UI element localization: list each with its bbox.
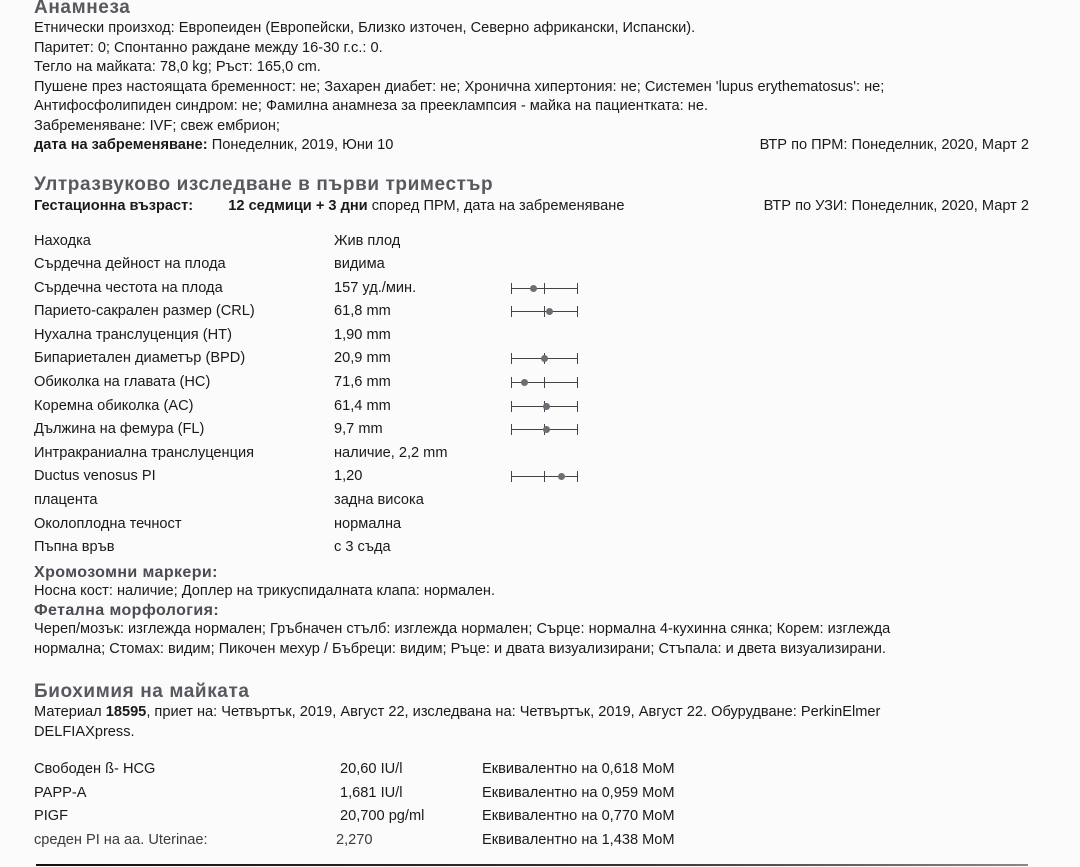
- analyte-value: 1,681 IU/l: [340, 782, 402, 806]
- fetal-morphology-line-2: нормална; Стомах: видим; Пикочен мехур /…: [34, 640, 1029, 660]
- material-details: , приет на: Четвъртък, 2019, Август 22, …: [146, 704, 880, 720]
- anamnesis-family-history: Антифосфолипиден синдром: не; Фамилна ан…: [34, 97, 1029, 117]
- gestational-age-row: Гестационна възраст: 12 седмици + 3 дни …: [34, 197, 1029, 217]
- measurement-value: 9,7 mm: [334, 418, 383, 442]
- measurement-label: Бипариетален диаметър (BPD): [34, 347, 245, 371]
- measurement-label: Сърдечна честота на плода: [34, 277, 223, 301]
- conception-date-value: Понеделник, 2019, Юни 10: [212, 137, 394, 153]
- measurement-row: Нухална транслуценция (НТ)1,90 mm: [34, 324, 1029, 348]
- reference-range-indicator: [511, 401, 578, 412]
- biochemistry-row: PIGF20,700 pg/mlЕквивалентно на 0,770 Mo…: [34, 805, 1029, 829]
- measurement-row: Дължина на фемура (FL)9,7 mm: [34, 418, 1029, 442]
- measurement-value: 157 уд./мин.: [334, 277, 416, 301]
- anamnesis-parity: Паритет: 0; Спонтанно раждане между 16-3…: [34, 39, 1029, 59]
- measurement-label: Дължина на фемура (FL): [34, 418, 204, 442]
- measurement-value: 61,8 mm: [334, 300, 391, 324]
- measurement-value: 1,90 mm: [334, 324, 391, 348]
- anamnesis-risk-factors: Пушене през настоящата бременност: не; З…: [34, 78, 1029, 98]
- range-value-dot: [546, 308, 553, 315]
- measurement-label: Пъпна връв: [34, 536, 115, 560]
- conception-date: дата на забременяване: Понеделник, 2019,…: [34, 136, 393, 156]
- chromosomal-markers-text: Носна кост: наличие; Доплер на трикуспид…: [34, 582, 1029, 602]
- range-min-tick: [511, 471, 512, 482]
- anamnesis-section: Анамнеза Етнически произход: Европеиден …: [34, 0, 1029, 156]
- measurement-value: Жив плод: [334, 230, 400, 254]
- measurement-value: 61,4 mm: [334, 395, 391, 419]
- conception-date-row: дата на забременяване: Понеделник, 2019,…: [34, 136, 1029, 156]
- measurement-row: плацентазадна висока: [34, 489, 1029, 513]
- range-min-tick: [511, 401, 512, 412]
- analyte-value: 20,60 IU/l: [340, 758, 402, 782]
- anamnesis-conception-method: Забременяване: IVF; свеж ембрион;: [34, 117, 1029, 137]
- range-min-tick: [511, 306, 512, 317]
- biochemistry-section: Биохимия на майката Материал 18595, прие…: [34, 681, 1029, 852]
- range-min-tick: [511, 377, 512, 388]
- analyte-mom: Еквивалентно на 0,959 MoM: [482, 782, 675, 806]
- analyte-name: PAPP-A: [34, 782, 86, 806]
- range-value-dot: [543, 426, 550, 433]
- measurement-row: Пъпна връвс 3 съда: [34, 536, 1029, 560]
- gestational-age-basis: според ПРМ, дата на забременяване: [368, 198, 625, 214]
- measurement-row: Сърдечна честота на плода157 уд./мин.: [34, 277, 1029, 301]
- reference-range-indicator: [511, 424, 578, 435]
- range-max-tick: [577, 471, 578, 482]
- measurement-label: Околоплодна течност: [34, 513, 182, 537]
- measurement-value: задна висока: [334, 489, 424, 513]
- range-min-tick: [511, 283, 512, 294]
- analyte-mom: Еквивалентно на 1,438 MoM: [482, 829, 675, 853]
- reference-range-indicator: [511, 353, 578, 364]
- measurement-row: Сърдечна дейност на плодавидима: [34, 253, 1029, 277]
- material-id: 18595: [106, 704, 147, 720]
- range-median-tick: [544, 471, 545, 482]
- measurement-row: Бипариетален диаметър (BPD)20,9 mm: [34, 347, 1029, 371]
- range-min-tick: [511, 424, 512, 435]
- gestational-age-value: 12 седмици + 3 дни: [228, 198, 367, 214]
- measurement-value: 20,9 mm: [334, 347, 391, 371]
- measurement-row: Коремна обиколка (AC)61,4 mm: [34, 395, 1029, 419]
- range-median-tick: [544, 377, 545, 388]
- chromosomal-markers-title: Хромозомни маркери:: [34, 563, 1029, 582]
- range-max-tick: [577, 424, 578, 435]
- range-median-tick: [544, 306, 545, 317]
- anamnesis-ethnicity: Етнически произход: Европеиден (Европейс…: [34, 19, 1029, 39]
- analyte-value: 2,270: [336, 829, 373, 853]
- ultrasound-title: Ултразвуково изследване в първи триместъ…: [34, 174, 1029, 196]
- reference-range-indicator: [511, 377, 578, 388]
- range-max-tick: [577, 353, 578, 364]
- biochemistry-row: среден PI на аа. Uterinae:2,270Еквивален…: [34, 829, 1029, 853]
- range-value-dot: [521, 379, 528, 386]
- range-value-dot: [530, 285, 537, 292]
- measurement-label: Нухална транслуценция (НТ): [34, 324, 232, 348]
- measurement-label: плацента: [34, 489, 98, 513]
- range-min-tick: [511, 353, 512, 364]
- analyte-name: PIGF: [34, 805, 68, 829]
- reference-range-indicator: [511, 306, 578, 317]
- measurement-value: с 3 съда: [334, 536, 391, 560]
- gestational-age-label: Гестационна възраст:: [34, 198, 193, 214]
- analyte-name: среден PI на аа. Uterinae:: [34, 829, 208, 853]
- measurement-label: Интракраниална транслуценция: [34, 442, 254, 466]
- measurement-label: Находка: [34, 230, 91, 254]
- material-line: Материал 18595, приет на: Четвъртък, 201…: [34, 703, 1029, 723]
- measurement-label: Коремна обиколка (AC): [34, 395, 193, 419]
- measurement-row: НаходкаЖив плод: [34, 230, 1029, 254]
- range-value-dot: [541, 355, 548, 362]
- measurement-value: 1,20: [334, 465, 362, 489]
- biochemistry-title: Биохимия на майката: [34, 681, 1029, 703]
- conception-date-label: дата на забременяване:: [34, 137, 208, 153]
- analyte-mom: Еквивалентно на 0,618 MoM: [482, 758, 675, 782]
- analyte-name: Свободен ß- HCG: [34, 758, 155, 782]
- measurement-row: Обиколка на главата (HC)71,6 mm: [34, 371, 1029, 395]
- measurement-row: Интракраниална транслуценцияналичие, 2,2…: [34, 442, 1029, 466]
- biochemistry-table: Свободен ß- HCG20,60 IU/lЕквивалентно на…: [34, 758, 1029, 852]
- measurement-value: наличие, 2,2 mm: [334, 442, 447, 466]
- range-max-tick: [577, 306, 578, 317]
- measurement-value: нормална: [334, 513, 401, 537]
- anamnesis-title: Анамнеза: [34, 0, 1029, 19]
- analyte-value: 20,700 pg/ml: [340, 805, 424, 829]
- measurements-table: НаходкаЖив плодСърдечна дейност на плода…: [34, 230, 1029, 560]
- range-max-tick: [577, 283, 578, 294]
- range-value-dot: [558, 473, 565, 480]
- fetal-morphology-title: Фетална морфология:: [34, 601, 1029, 620]
- measurement-row: Парието-сакрален размер (CRL)61,8 mm: [34, 300, 1029, 324]
- fetal-morphology-line-1: Череп/мозък: изглежда нормален; Гръбначе…: [34, 620, 1029, 640]
- reference-range-indicator: [511, 283, 578, 294]
- measurement-row: Околоплодна течностнормална: [34, 513, 1029, 537]
- edd-by-ultrasound: ВТР по УЗИ: Понеделник, 2020, Март 2: [764, 197, 1029, 217]
- edd-by-lmp: ВТР по ПРМ: Понеделник, 2020, Март 2: [760, 136, 1029, 156]
- range-max-tick: [577, 401, 578, 412]
- measurement-label: Парието-сакрален размер (CRL): [34, 300, 255, 324]
- measurement-label: Ductus venosus PI: [34, 465, 156, 489]
- measurement-value: видима: [334, 253, 385, 277]
- range-median-tick: [544, 283, 545, 294]
- measurement-label: Сърдечна дейност на плода: [34, 253, 226, 277]
- reference-range-indicator: [511, 471, 578, 482]
- biochemistry-row: PAPP-A1,681 IU/lЕквивалентно на 0,959 Mo…: [34, 782, 1029, 806]
- ultrasound-section: Ултразвуково изследване в първи триместъ…: [34, 174, 1029, 659]
- bottom-divider: [36, 864, 1028, 866]
- analyte-mom: Еквивалентно на 0,770 MoM: [482, 805, 675, 829]
- anamnesis-weight-height: Тегло на майката: 78,0 kg; Ръст: 165,0 c…: [34, 58, 1029, 78]
- biochemistry-row: Свободен ß- HCG20,60 IU/lЕквивалентно на…: [34, 758, 1029, 782]
- range-value-dot: [543, 403, 550, 410]
- gestational-age: Гестационна възраст: 12 седмици + 3 дни …: [34, 197, 624, 217]
- measurement-value: 71,6 mm: [334, 371, 391, 395]
- measurement-row: Ductus venosus PI1,20: [34, 465, 1029, 489]
- measurement-label: Обиколка на главата (HC): [34, 371, 210, 395]
- range-max-tick: [577, 377, 578, 388]
- material-line-2: DELFIAXpress.: [34, 723, 1029, 743]
- material-prefix: Материал: [34, 704, 106, 720]
